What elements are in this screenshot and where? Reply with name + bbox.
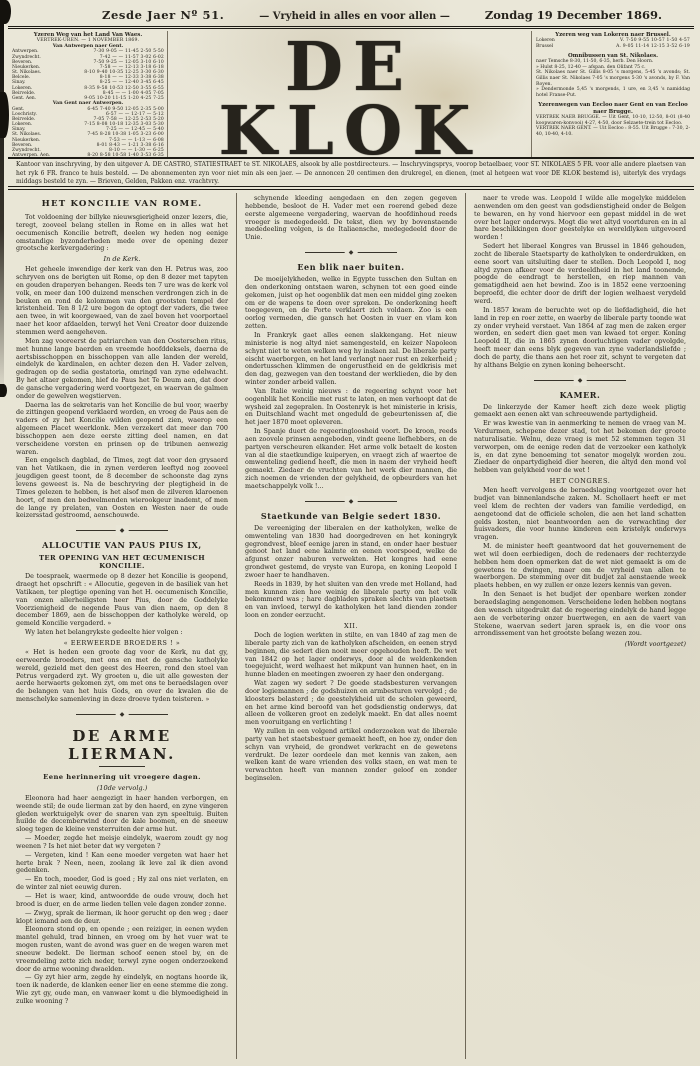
- article-subheading: Eene herinnering uit vroegere dagen.: [16, 773, 228, 781]
- schedule-rows-brussel: LokerenV. 7-50 9-55 10-57 1-50 4-57Bruss…: [536, 38, 690, 48]
- section-divider: [305, 247, 397, 258]
- issue-number: Zesde Jaer Nº 51.: [102, 8, 224, 22]
- schedule-omnibus: Omnibussen van St. Nikolaes. naer Temsch…: [536, 53, 690, 99]
- article-paragraph: Eleonora had haer aengezigt in haer hand…: [16, 795, 228, 834]
- issue-date: Zondag 19 December 1869.: [485, 8, 662, 22]
- article-paragraph: schynende kleeding aengedaen en den zege…: [245, 195, 457, 242]
- eecloo-lines: VERTREK NAER BRUGGE. — Uit Gent, 10-10, …: [536, 115, 690, 137]
- article-title-staetkunde: Staetkunde van Belgie sedert 1830.: [245, 511, 457, 521]
- article-title-allocutie: ALLOCUTIE VAN PAUS PIUS IX,: [16, 540, 228, 550]
- article-paragraph: — Het is waer, kind, antwoordde de oude …: [16, 893, 228, 909]
- article-paragraph: In 1857 kwam de beruchte wet op de liefd…: [474, 307, 686, 370]
- article-paragraph: Doch de logien werkten in stilte, en van…: [245, 632, 457, 679]
- schedule-brussel: Yzeren weg van Lokeren naer Brussel. Lok…: [536, 32, 690, 49]
- schedule-row: BrusselA. 9-05 11-14 12-15 3-52 6-19: [536, 44, 690, 49]
- subscription-notice: Kantoor van inschryving, by den uitgever…: [8, 157, 694, 190]
- article-paragraph: In Frankryk gaet alles eenen slakkengang…: [245, 332, 457, 387]
- article-paragraph: — Zwyg, sprak de lierman, ik hoor geruch…: [16, 910, 228, 926]
- article-paragraph: In Spanje duert de regeeringloosheid voo…: [245, 428, 457, 491]
- article-paragraph: Wy zullen in een volgend artikel onderzo…: [245, 728, 457, 783]
- schedule-line: VERTREK NAER GENT. — Uit Eecloo : 8-55. …: [536, 126, 690, 137]
- article-paragraph: Eleonora stond op, en opende ; een reizi…: [16, 926, 228, 973]
- newspaper-title: DE KLOK: [168, 35, 531, 157]
- article-paragraph: De toespraek, waermede op 8 dezer het Ko…: [16, 573, 228, 628]
- article-centered-line: XII.: [245, 622, 457, 630]
- article-note: (10de vervolg.): [16, 784, 228, 792]
- article-title-lierman: DE ARME LIERMAN.: [16, 727, 228, 763]
- article-subheading: TER OPENING VAN HET ŒCUMENISCH KONCILIE.: [16, 554, 228, 570]
- article-title-blik: Een blik naer buiten.: [245, 262, 457, 272]
- schedule-line: St. Nikolaes naer St. Gillis 8-05 's mor…: [536, 70, 690, 87]
- article-title-kamer: KAMER.: [474, 390, 686, 400]
- scan-edge-artifact: [0, 0, 4, 420]
- train-schedule-right: Yzeren weg van Lokeren naer Brussel. Lok…: [531, 31, 692, 157]
- article-centered-line: HET CONGRES.: [474, 477, 686, 485]
- article-centered-line: « EERWEERDE BROEDERS ! »: [16, 639, 228, 647]
- article-paragraph: M. de minister heeft geantwoord dat het …: [474, 543, 686, 590]
- article-paragraph: Reeds in 1839, by het sluiten van den vr…: [245, 581, 457, 620]
- column-2: schynende kleeding aengedaen en den zege…: [236, 193, 465, 1059]
- article-paragraph: Daerna las de sekretaris van het Koncili…: [16, 402, 228, 457]
- article-paragraph: Het geheele inwendige der kerk van den H…: [16, 266, 228, 337]
- section-divider: [534, 375, 626, 386]
- article-continuation-note: (Wordt voortgezet): [474, 640, 686, 648]
- article-note: In de Kerk.: [16, 255, 228, 263]
- schedule-rows-down: Antwerpen.7-30 9-05 — 11-45 2-50 5-50Zwy…: [12, 49, 164, 101]
- omnibus-lines: naer Temsche 8-30, 11-50, 6-35, herb. De…: [536, 59, 690, 98]
- heading-rule: [99, 766, 145, 769]
- header-rule: [8, 26, 694, 29]
- article-paragraph: — Moeder, zegde het meisje eindelyk, wae…: [16, 835, 228, 851]
- section-divider: [76, 709, 168, 720]
- article-paragraph: De vereeniging der liberalen en der kath…: [245, 525, 457, 580]
- departure-times: A. 9-05 11-14 12-15 3-52 6-19: [580, 44, 690, 49]
- article-paragraph: Van Italie weinig nieuws : de regeering …: [245, 388, 457, 427]
- article-paragraph: Sedert het liberael Kongres van Brussel …: [474, 243, 686, 306]
- newspaper-motto: — Vryheid in alles en voor allen —: [224, 11, 485, 22]
- schedule-eecloo: Yzerenwegen van Eecloo naer Gent en van …: [536, 102, 690, 137]
- article-paragraph: De linkerzyde der Kamer heeft zich deze …: [474, 404, 686, 420]
- schedule-line: » Dendermonde 5,45 's morgends, 1 ure, e…: [536, 87, 690, 98]
- article-paragraph: naer te vrede was. Leopold I wilde alle …: [474, 195, 686, 242]
- ink-blot: [0, 0, 11, 24]
- article-paragraph: — Gy zyt hier arm, zegde hy eindelyk, en…: [16, 974, 228, 1005]
- ink-blot: [0, 92, 9, 138]
- article-paragraph: Men heeft vervolgens de beraedslaging vo…: [474, 487, 686, 542]
- article-paragraph: — En toch, moeder, God is goed ; Hy zal …: [16, 876, 228, 892]
- column-1: HET KONCILIE VAN ROME.Tot voldoening der…: [8, 193, 236, 1059]
- masthead: DE KLOK VAN HET LAND VAN WAES. WEEKBLAD …: [168, 31, 531, 157]
- section-divider: [76, 525, 168, 536]
- schedule-line: VERTREK NAER BRUGGE. — Uit Gent, 10-10, …: [536, 115, 690, 126]
- article-paragraph: Een engelsch dagblad, de Times, zegt dat…: [16, 457, 228, 520]
- article-paragraph: — Vergeten, kind ! Kan eene moeder verge…: [16, 852, 228, 876]
- article-columns: HET KONCILIE VAN ROME.Tot voldoening der…: [8, 193, 694, 1059]
- ink-blot: [0, 384, 7, 397]
- article-paragraph: Wat zagen wy sedert ? De goede stadsbest…: [245, 680, 457, 727]
- article-paragraph: Tot voldoening der billyke nieuwsgierigh…: [16, 214, 228, 253]
- article-paragraph: In den Senaet is het budjet der openbare…: [474, 591, 686, 638]
- section-divider: [305, 496, 397, 507]
- article-paragraph: Wy laten het belangrykste gedeelte hier …: [16, 629, 228, 637]
- article-title-koncilie: HET KONCILIE VAN ROME.: [16, 199, 228, 209]
- article-paragraph: Er was kwestie van in aenmerking te neme…: [474, 420, 686, 475]
- schedule-rows-up: Gent.6-45 7-40 9-50 12-05 2-35 5-00Looch…: [12, 107, 164, 157]
- station-name: Gent. Aen.: [12, 96, 56, 101]
- article-paragraph: Men zag vooreerst de patriarchen van den…: [16, 338, 228, 401]
- page-header: Zesde Jaer Nº 51. — Vryheid in alles en …: [14, 8, 690, 22]
- train-schedule-waes: Yzeren Weg van het Land Van Waes. VERTRE…: [10, 31, 168, 157]
- masthead-section: Yzeren Weg van het Land Van Waes. VERTRE…: [10, 31, 692, 157]
- article-paragraph: « Het is heden een groote dag voor de Ke…: [16, 649, 228, 704]
- article-paragraph: De moeijelykheden, welke in Egypte tussc…: [245, 276, 457, 331]
- station-name: Brussel: [536, 44, 580, 49]
- column-3: naer te vrede was. Leopold I wilde alle …: [465, 193, 694, 1059]
- schedule-title: Yzerenwegen van Eecloo naer Gent en van …: [536, 102, 690, 115]
